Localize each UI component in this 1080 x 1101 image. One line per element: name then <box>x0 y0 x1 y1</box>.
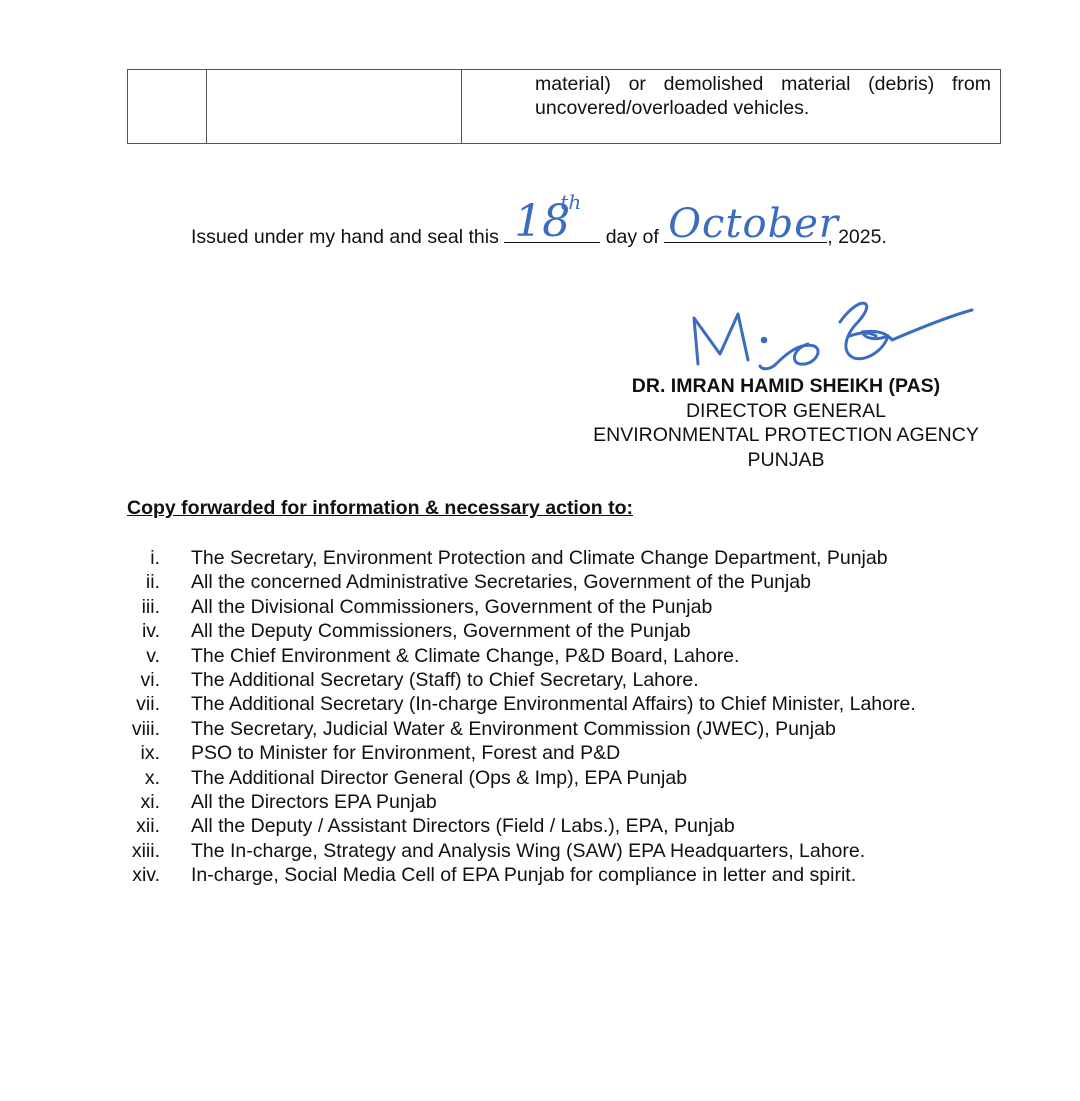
copy-forwarded-list: i.The Secretary, Environment Protection … <box>100 546 160 887</box>
table-last-row: material) or demolished material (debris… <box>127 69 1001 144</box>
list-item: vi.The Additional Secretary (Staff) to C… <box>100 668 160 692</box>
list-item: xiii.The In-charge, Strategy and Analysi… <box>100 839 160 863</box>
cell-line: uncovered/overloaded vehicles. <box>535 96 991 120</box>
list-item-number: ii. <box>100 570 160 594</box>
list-item-number: iii. <box>100 595 160 619</box>
list-item-text: The Additional Secretary (In-charge Envi… <box>191 692 916 716</box>
signatory-name: DR. IMRAN HAMID SHEIKH (PAS) <box>560 374 1012 399</box>
list-item-number: xiii. <box>100 839 160 863</box>
list-item-number: ix. <box>100 741 160 765</box>
list-item-number: v. <box>100 644 160 668</box>
list-item: xii.All the Deputy / Assistant Directors… <box>100 814 160 838</box>
list-item-text: The Additional Director General (Ops & I… <box>191 766 687 790</box>
list-item-text: All the Deputy / Assistant Directors (Fi… <box>191 814 735 838</box>
list-item-number: viii. <box>100 717 160 741</box>
list-item-number: xi. <box>100 790 160 814</box>
list-item-text: The Secretary, Environment Protection an… <box>191 546 888 570</box>
cell-line: material) or demolished material (debris… <box>535 72 991 96</box>
list-item-text: In-charge, Social Media Cell of EPA Punj… <box>191 863 856 887</box>
list-item-text: All the Directors EPA Punjab <box>191 790 437 814</box>
issuance-statement: Issued under my hand and seal this 18 th… <box>191 224 887 249</box>
list-item-number: xii. <box>100 814 160 838</box>
list-item-text: The Additional Secretary (Staff) to Chie… <box>191 668 699 692</box>
list-item: i.The Secretary, Environment Protection … <box>100 546 160 570</box>
list-item-text: All the concerned Administrative Secreta… <box>191 570 811 594</box>
list-item-number: vii. <box>100 692 160 716</box>
list-item: iv.All the Deputy Commissioners, Governm… <box>100 619 160 643</box>
list-item: v.The Chief Environment & Climate Change… <box>100 644 160 668</box>
signatory-region: PUNJAB <box>560 448 1012 473</box>
list-item: ix.PSO to Minister for Environment, Fore… <box>100 741 160 765</box>
list-item-number: x. <box>100 766 160 790</box>
list-item: viii.The Secretary, Judicial Water & Env… <box>100 717 160 741</box>
issuance-middle: day of <box>606 226 659 248</box>
list-item: x.The Additional Director General (Ops &… <box>100 766 160 790</box>
handwritten-day-suffix: th <box>560 190 581 214</box>
list-item: iii.All the Divisional Commissioners, Go… <box>100 595 160 619</box>
list-item-text: All the Divisional Commissioners, Govern… <box>191 595 712 619</box>
list-item-number: iv. <box>100 619 160 643</box>
list-item-text: The In-charge, Strategy and Analysis Win… <box>191 839 865 863</box>
list-item-text: The Secretary, Judicial Water & Environm… <box>191 717 836 741</box>
day-blank: 18 th <box>504 224 600 243</box>
list-item-text: All the Deputy Commissioners, Government… <box>191 619 691 643</box>
signature-icon <box>690 292 980 372</box>
table-column-divider <box>206 70 207 143</box>
list-item-number: xiv. <box>100 863 160 887</box>
list-item-number: vi. <box>100 668 160 692</box>
signatory-designation: DIRECTOR GENERAL <box>560 399 1012 424</box>
list-item-text: PSO to Minister for Environment, Forest … <box>191 741 620 765</box>
list-item: ii.All the concerned Administrative Secr… <box>100 570 160 594</box>
month-blank: October <box>664 224 827 243</box>
table-cell-description: material) or demolished material (debris… <box>535 72 991 120</box>
list-item: xiv.In-charge, Social Media Cell of EPA … <box>100 863 160 887</box>
handwritten-month: October <box>668 204 839 244</box>
list-item-text: The Chief Environment & Climate Change, … <box>191 644 739 668</box>
list-item: xi.All the Directors EPA Punjab <box>100 790 160 814</box>
signatory-block: DR. IMRAN HAMID SHEIKH (PAS) DIRECTOR GE… <box>560 374 1012 472</box>
copy-forwarded-heading: Copy forwarded for information & necessa… <box>127 497 633 520</box>
issuance-prefix: Issued under my hand and seal this <box>191 226 499 248</box>
table-column-divider <box>461 70 462 143</box>
list-item-number: i. <box>100 546 160 570</box>
signatory-organization: ENVIRONMENTAL PROTECTION AGENCY <box>560 423 1012 448</box>
list-item: vii.The Additional Secretary (In-charge … <box>100 692 160 716</box>
